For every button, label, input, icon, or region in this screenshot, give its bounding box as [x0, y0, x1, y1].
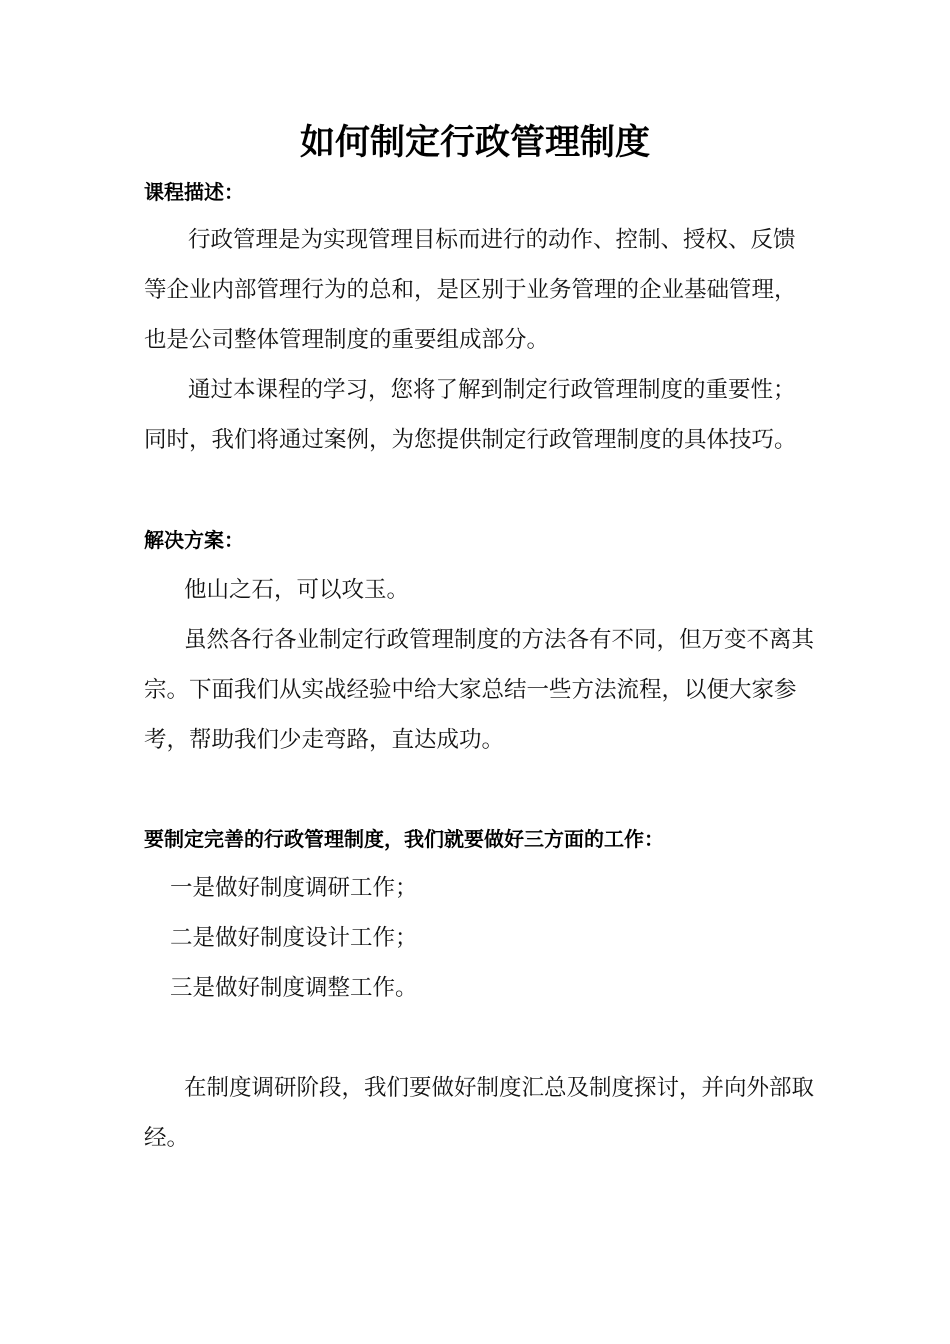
list-item: 一是做好制度调研工作； [170, 872, 850, 904]
document-page: 如何制定行政管理制度 课程描述： 行政管理是为实现管理目标而进行的动作、控制、授… [0, 0, 950, 1344]
paragraph-line: 经。 [144, 1122, 824, 1154]
paragraph-line: 在制度调研阶段，我们要做好制度汇总及制度探讨，并向外部取 [184, 1072, 864, 1104]
section-heading-solution: 解决方案： [144, 524, 824, 556]
document-title: 如何制定行政管理制度 [0, 118, 950, 168]
paragraph-line: 也是公司整体管理制度的重要组成部分。 [144, 324, 824, 356]
section-heading-course-description: 课程描述： [144, 176, 824, 208]
paragraph-line: 宗。下面我们从实战经验中给大家总结一些方法流程，以便大家参 [144, 674, 824, 706]
section-heading-three-tasks: 要制定完善的行政管理制度，我们就要做好三方面的工作： [144, 823, 824, 855]
paragraph-line: 考，帮助我们少走弯路，直达成功。 [144, 724, 824, 756]
paragraph-line: 行政管理是为实现管理目标而进行的动作、控制、授权、反馈 [188, 224, 868, 256]
paragraph-line: 他山之石，可以攻玉。 [184, 574, 864, 606]
list-item: 三是做好制度调整工作。 [170, 972, 850, 1004]
paragraph-line: 虽然各行各业制定行政管理制度的方法各有不同，但万变不离其 [184, 624, 864, 656]
list-item: 二是做好制度设计工作； [170, 922, 850, 954]
paragraph-line: 通过本课程的学习，您将了解到制定行政管理制度的重要性； [188, 374, 868, 406]
paragraph-line: 同时，我们将通过案例，为您提供制定行政管理制度的具体技巧。 [144, 424, 824, 456]
paragraph-line: 等企业内部管理行为的总和，是区别于业务管理的企业基础管理， [144, 274, 824, 306]
